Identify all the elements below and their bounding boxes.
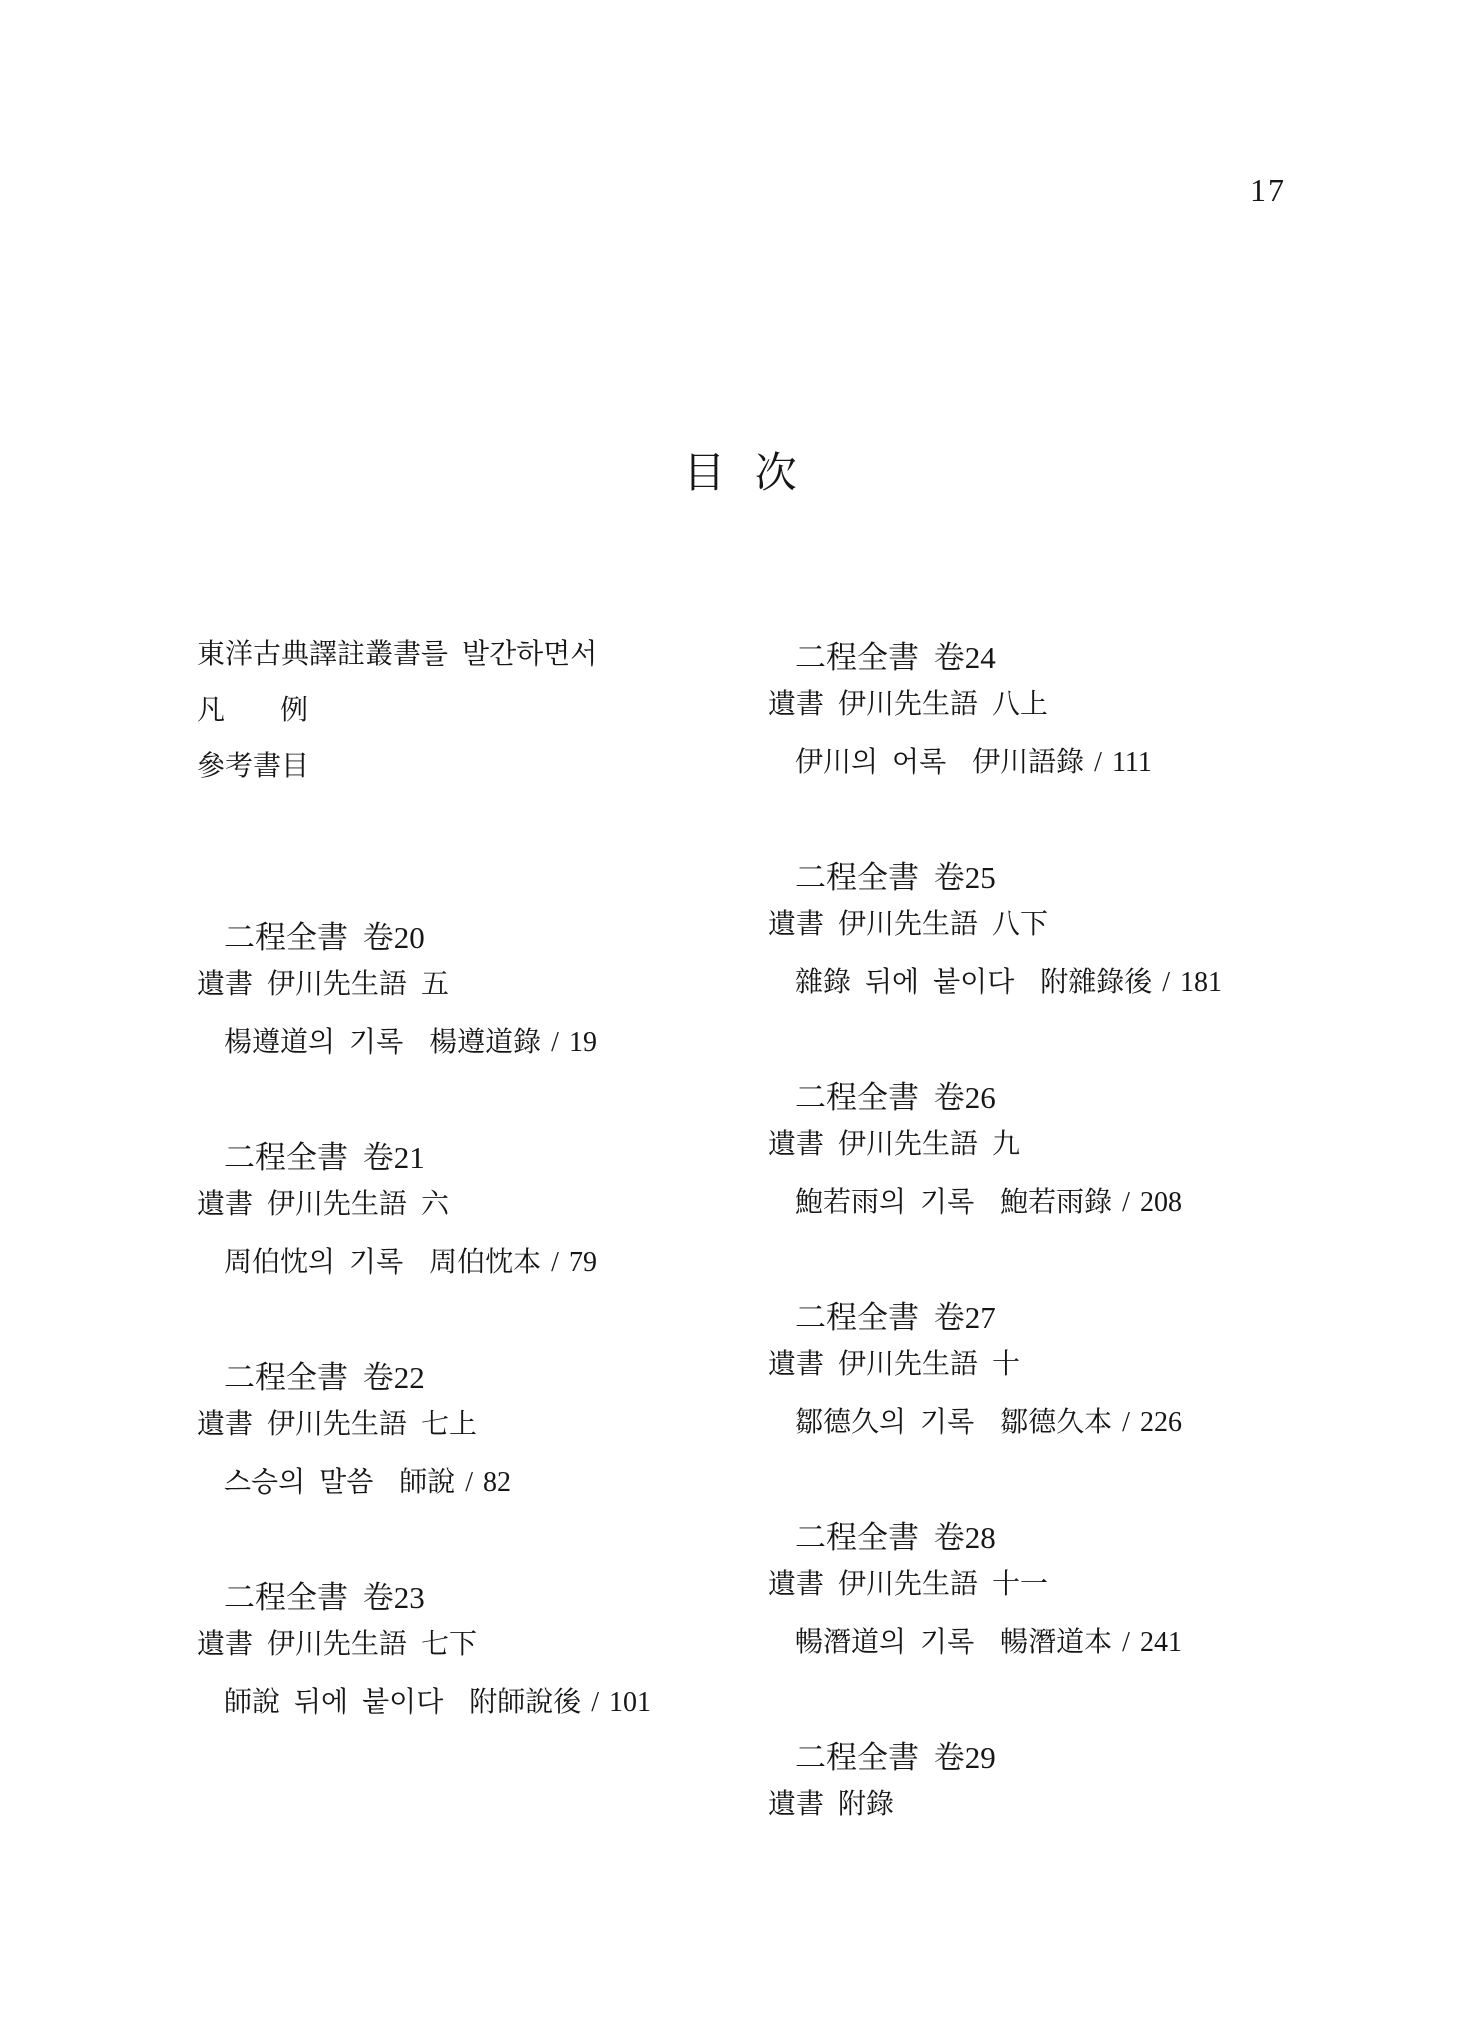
section-series: 遺書 伊川先生語 八下 [768,908,1222,942]
entry-korean-title: 鄒德久의 기록 [795,1407,974,1438]
section-entry: 伊川의 어록伊川語錄/111 [795,746,1152,780]
front-matter-list: 東洋古典譯註叢書를 발간하면서 凡 例 參考書目 [197,638,597,806]
entry-korean-title: 鮑若雨의 기록 [795,1187,974,1218]
toc-section-vol21: 二程全書 卷21 遺書 伊川先生語 六 周伯忱의 기록周伯忱本/79 [197,1138,597,1280]
section-entry: 暢潛道의 기록暢潛道本/241 [795,1626,1182,1660]
entry-korean-title: 伊川의 어록 [795,747,946,778]
toc-section-vol20: 二程全書 卷20 遺書 伊川先生語 五 楊遵道의 기록楊遵道錄/19 [197,918,597,1060]
toc-section-vol25: 二程全書 卷25 遺書 伊川先生語 八下 雜錄 뒤에 붙이다附雜錄後/181 [768,858,1222,1000]
entry-hanja-title: 師說 [399,1467,455,1498]
toc-section-vol28: 二程全書 卷28 遺書 伊川先生語 十一 暢潛道의 기록暢潛道本/241 [768,1518,1182,1660]
separator-slash: / [551,1247,559,1278]
toc-section-vol23: 二程全書 卷23 遺書 伊川先生語 七下 師說 뒤에 붙이다附師說後/101 [197,1578,651,1720]
entry-korean-title: 周伯忱의 기록 [224,1247,403,1278]
entry-page-number: 241 [1140,1627,1182,1658]
section-head: 二程全書 卷25 [795,858,1222,898]
separator-slash: / [465,1467,473,1498]
entry-hanja-title: 附雜錄後 [1040,967,1152,998]
toc-title: 目 次 [0,440,1480,500]
section-head: 二程全書 卷24 [795,638,1152,678]
entry-hanja-title: 伊川語錄 [972,747,1084,778]
toc-section-vol22: 二程全書 卷22 遺書 伊川先生語 七上 스승의 말씀師說/82 [197,1358,511,1500]
front-matter-item-beomrye: 凡 例 [197,694,597,728]
section-head: 二程全書 卷21 [224,1138,597,1178]
entry-korean-title: 楊遵道의 기록 [224,1027,403,1058]
page-number: 17 [1250,172,1286,209]
section-series: 遺書 伊川先生語 八上 [768,688,1152,722]
entry-hanja-title: 鮑若雨錄 [1000,1187,1112,1218]
entry-korean-title: 雜錄 뒤에 붙이다 [795,967,1014,998]
section-series: 遺書 伊川先生語 十一 [768,1568,1182,1602]
section-head: 二程全書 卷23 [224,1578,651,1618]
separator-slash: / [551,1027,559,1058]
section-series: 遺書 伊川先生語 十 [768,1348,1182,1382]
section-entry: 스승의 말씀師說/82 [224,1466,511,1500]
section-entry: 師說 뒤에 붙이다附師說後/101 [224,1686,651,1720]
section-head: 二程全書 卷27 [795,1298,1182,1338]
section-head: 二程全書 卷29 [795,1738,996,1778]
toc-page: 17 目 次 東洋古典譯註叢書를 발간하면서 凡 例 參考書目 二程全書 卷20… [0,0,1480,2024]
section-head: 二程全書 卷20 [224,918,597,958]
entry-korean-title: 스승의 말씀 [224,1467,373,1498]
entry-page-number: 79 [569,1247,597,1278]
entry-hanja-title: 周伯忱本 [429,1247,541,1278]
entry-page-number: 226 [1140,1407,1182,1438]
toc-section-vol27: 二程全書 卷27 遺書 伊川先生語 十 鄒德久의 기록鄒德久本/226 [768,1298,1182,1440]
entry-page-number: 101 [609,1687,651,1718]
entry-page-number: 19 [569,1027,597,1058]
entry-hanja-title: 暢潛道本 [1000,1627,1112,1658]
section-head: 二程全書 卷28 [795,1518,1182,1558]
separator-slash: / [591,1687,599,1718]
entry-hanja-title: 鄒德久本 [1000,1407,1112,1438]
entry-korean-title: 暢潛道의 기록 [795,1627,974,1658]
section-entry: 鮑若雨의 기록鮑若雨錄/208 [795,1186,1182,1220]
entry-page-number: 208 [1140,1187,1182,1218]
section-series: 遺書 附錄 [768,1788,996,1822]
separator-slash: / [1094,747,1102,778]
section-entry: 鄒德久의 기록鄒德久本/226 [795,1406,1182,1440]
section-entry: 楊遵道의 기록楊遵道錄/19 [224,1026,597,1060]
section-series: 遺書 伊川先生語 七上 [197,1408,511,1442]
toc-section-vol24: 二程全書 卷24 遺書 伊川先生語 八上 伊川의 어록伊川語錄/111 [768,638,1152,780]
section-series: 遺書 伊川先生語 九 [768,1128,1182,1162]
section-series: 遺書 伊川先生語 五 [197,968,597,1002]
section-entry: 雜錄 뒤에 붙이다附雜錄後/181 [795,966,1222,1000]
section-series: 遺書 伊川先生語 六 [197,1188,597,1222]
entry-page-number: 82 [483,1467,511,1498]
separator-slash: / [1122,1187,1130,1218]
toc-section-vol29: 二程全書 卷29 遺書 附錄 [768,1738,996,1822]
entry-page-number: 111 [1112,747,1152,778]
front-matter-item-bibliography: 參考書目 [197,750,597,784]
entry-korean-title: 師說 뒤에 붙이다 [224,1687,443,1718]
entry-hanja-title: 附師說後 [469,1687,581,1718]
separator-slash: / [1122,1407,1130,1438]
entry-page-number: 181 [1180,967,1222,998]
section-head: 二程全書 卷26 [795,1078,1182,1118]
front-matter-item-foreword: 東洋古典譯註叢書를 발간하면서 [197,638,597,672]
separator-slash: / [1122,1627,1130,1658]
entry-hanja-title: 楊遵道錄 [429,1027,541,1058]
section-head: 二程全書 卷22 [224,1358,511,1398]
section-entry: 周伯忱의 기록周伯忱本/79 [224,1246,597,1280]
toc-section-vol26: 二程全書 卷26 遺書 伊川先生語 九 鮑若雨의 기록鮑若雨錄/208 [768,1078,1182,1220]
section-series: 遺書 伊川先生語 七下 [197,1628,651,1662]
separator-slash: / [1162,967,1170,998]
